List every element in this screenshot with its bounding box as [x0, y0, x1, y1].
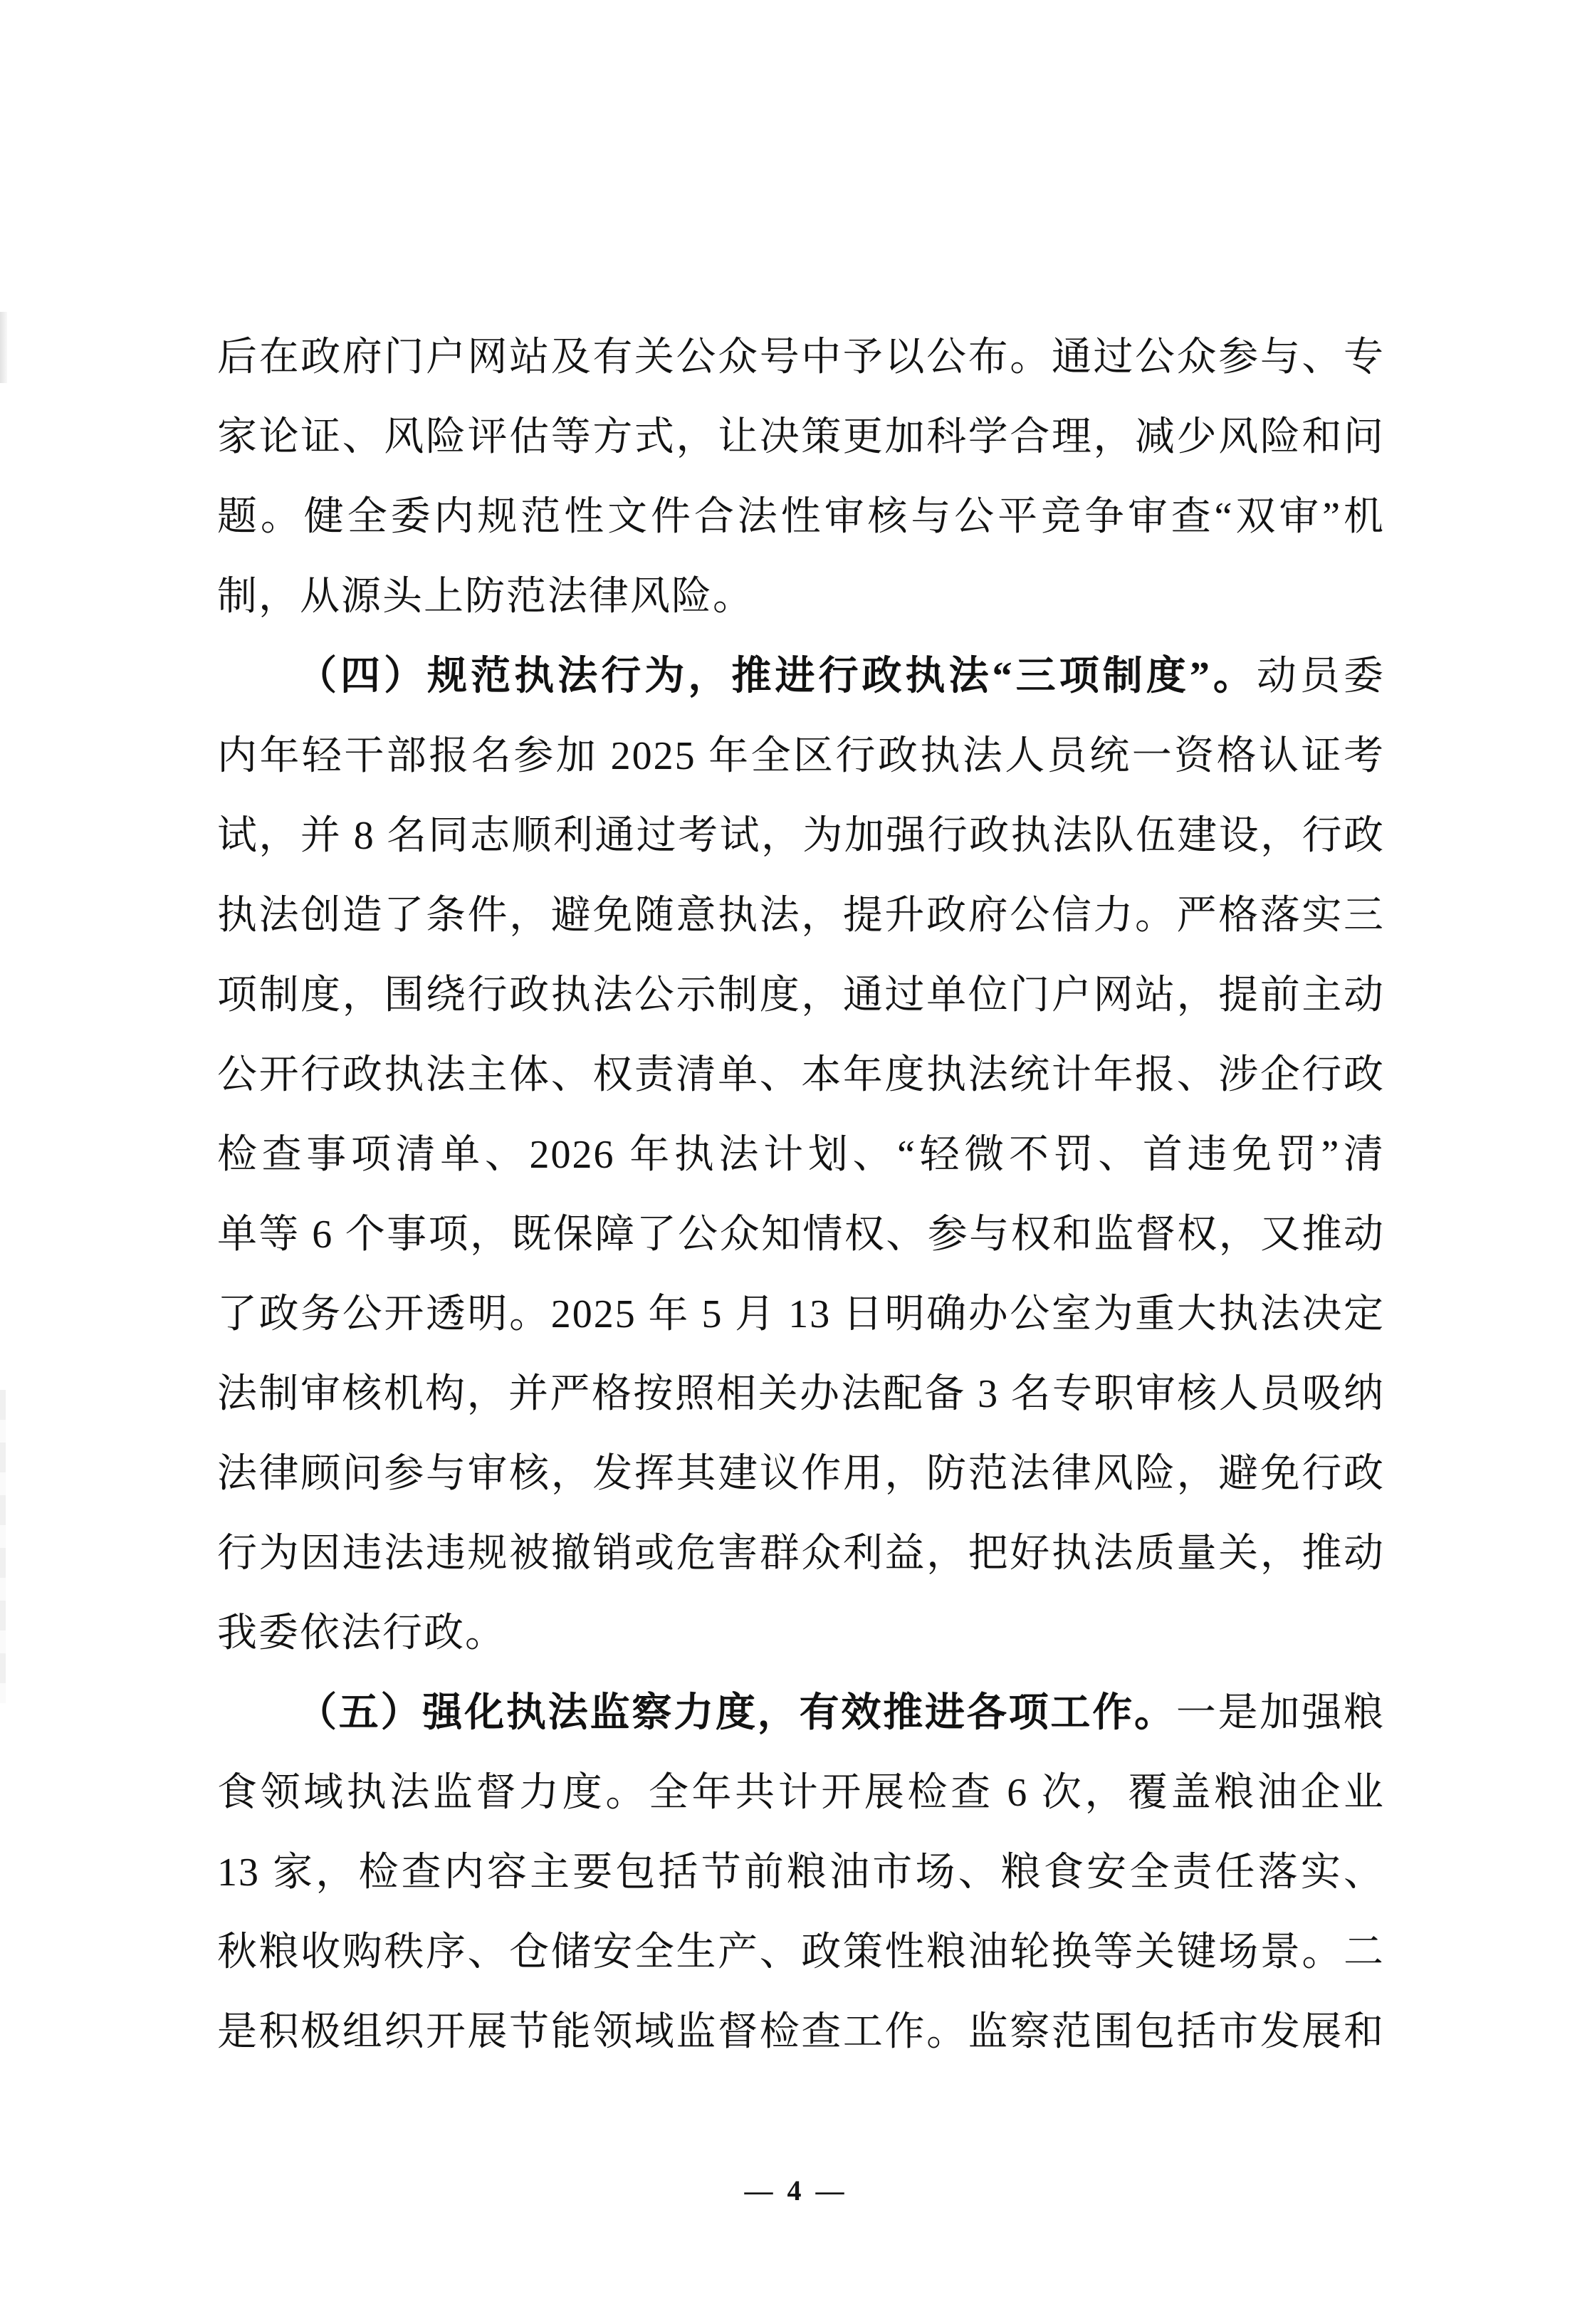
scan-edge-artifact [0, 312, 7, 383]
text-line: 执法创造了条件，避免随意执法，提升政府公信力。严格落实三 [217, 876, 1385, 956]
document-page: 后在政府门户网站及有关公众号中予以公布。通过公众参与、专 家论证、风险评估等方式… [0, 0, 1592, 2324]
text-line: 试，并 8 名同志顺利通过考试，为加强行政执法队伍建设，行政 [217, 796, 1385, 876]
text-line: 后在政府门户网站及有关公众号中予以公布。通过公众参与、专 [217, 318, 1385, 397]
text-line: 了政务公开透明。2025 年 5 月 13 日明确办公室为重大执法决定 [217, 1274, 1385, 1354]
text-line: 是积极组织开展节能领域监督检查工作。监察范围包括市发展和 [217, 1992, 1385, 2072]
text-line: 13 家，检查内容主要包括节前粮油市场、粮食安全责任落实、 [217, 1833, 1385, 1912]
text-line: 公开行政执法主体、权责清单、本年度执法统计年报、涉企行政 [217, 1035, 1385, 1115]
text-line: 法律顾问参与审核，发挥其建议作用，防范法律风险，避免行政 [217, 1434, 1385, 1514]
text-line: （四）规范执法行为，推进行政执法“三项制度”。动员委 [217, 637, 1385, 716]
text-line: 家论证、风险评估等方式，让决策更加科学合理，减少风险和问 [217, 397, 1385, 477]
section-heading-five: （五）强化执法监察力度，有效推进各项工作。 [297, 1691, 1176, 1735]
text-line: 制，从源头上防范法律风险。 [217, 557, 1385, 637]
text-line: 食领域执法监督力度。全年共计开展检查 6 次，覆盖粮油企业 [217, 1753, 1385, 1833]
page-number: — 4 — [0, 2175, 1592, 2207]
text-line: 检查事项清单、2026 年执法计划、“轻微不罚、首违免罚”清 [217, 1115, 1385, 1195]
text-line: 题。健全委内规范性文件合法性审核与公平竞争审查“双审”机 [217, 477, 1385, 557]
section-heading-four: （四）规范执法行为，推进行政执法“三项制度”。 [297, 654, 1257, 698]
text-line: 单等 6 个事项，既保障了公众知情权、参与权和监督权，又推动 [217, 1195, 1385, 1274]
text-line: 项制度，围绕行政执法公示制度，通过单位门户网站，提前主动 [217, 956, 1385, 1035]
text-line: 法制审核机构，并严格按照相关办法配备 3 名专职审核人员吸纳 [217, 1354, 1385, 1434]
scan-edge-artifact [0, 1390, 6, 1703]
section-heading-five-tail: 一是加强粮 [1176, 1691, 1385, 1735]
text-line: （五）强化执法监察力度，有效推进各项工作。一是加强粮 [217, 1673, 1385, 1753]
section-heading-four-tail: 动员委 [1257, 654, 1385, 698]
text-line: 行为因违法违规被撤销或危害群众利益，把好执法质量关，推动 [217, 1514, 1385, 1593]
text-line: 内年轻干部报名参加 2025 年全区行政执法人员统一资格认证考 [217, 716, 1385, 796]
text-line: 我委依法行政。 [217, 1593, 1385, 1673]
text-line: 秋粮收购秩序、仓储安全生产、政策性粮油轮换等关键场景。二 [217, 1912, 1385, 1992]
document-body: 后在政府门户网站及有关公众号中予以公布。通过公众参与、专 家论证、风险评估等方式… [217, 318, 1385, 2072]
